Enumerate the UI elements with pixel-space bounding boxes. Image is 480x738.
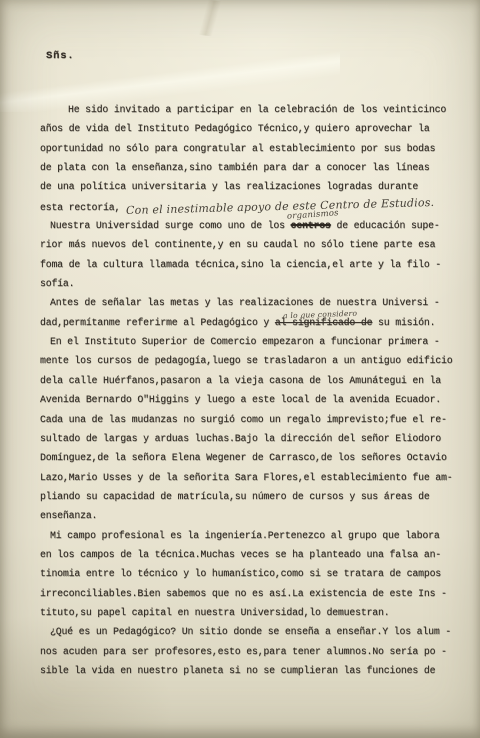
typed-text: dad,permítanme referirme al Pedagógico y bbox=[40, 317, 275, 328]
typed-line: Antes de señalar las metas y las realiza… bbox=[40, 293, 470, 312]
typed-line: tituto,su papel capital en nuestra Unive… bbox=[40, 603, 470, 622]
typed-line: irreconciliables.Bien sabemos que no es … bbox=[40, 584, 470, 603]
struck-text: centrosorganismos bbox=[291, 216, 331, 235]
typed-text: nos acuden para ser profesores,esto es,p… bbox=[40, 646, 447, 657]
typed-line: pliando su capacidad de matrícula,su núm… bbox=[40, 487, 470, 506]
typed-text: He sido invitado a participar en la cele… bbox=[68, 104, 446, 115]
document-page: Sñs. He sido invitado a participar en la… bbox=[0, 0, 480, 738]
typed-text: tituto,su papel capital en nuestra Unive… bbox=[40, 607, 389, 618]
typed-line: mente los cursos de pedagogía,luego se t… bbox=[40, 351, 470, 370]
typed-text: años de vida del Instituto Pedagógico Té… bbox=[40, 123, 430, 134]
typed-text: dela calle Huérfanos,pasaron a la vieja … bbox=[40, 375, 441, 386]
typed-line: Avenida Bernardo O"Higgins y luego a est… bbox=[40, 390, 470, 409]
typed-line: enseñanza. bbox=[40, 506, 470, 525]
typed-line: oportunidad no sólo para congratular al … bbox=[40, 139, 470, 158]
typed-text: Avenida Bernardo O"Higgins y luego a est… bbox=[40, 394, 441, 405]
typed-line: años de vida del Instituto Pedagógico Té… bbox=[40, 119, 470, 138]
typed-text: ¿Qué es un Pedagógico? Un sitio donde se… bbox=[50, 626, 451, 637]
typed-line: foma de la cultura llamada técnica,sino … bbox=[40, 255, 470, 274]
salutation-text: Sñs. bbox=[46, 50, 74, 62]
typed-text: de plata con la enseñanza,sino también p… bbox=[40, 162, 430, 173]
typed-text: sultado de largas y arduas luchas.Bajo l… bbox=[40, 433, 441, 444]
typed-text: irreconciliables.Bien sabemos que no es … bbox=[40, 588, 447, 599]
typed-text: de una política universitaria y las real… bbox=[40, 181, 418, 192]
typed-text: en los campos de la técnica.Muchas veces… bbox=[40, 549, 441, 560]
typed-text: Domínguez,de la señora Elena Wegener de … bbox=[40, 452, 447, 463]
typed-line: En el Instituto Superior de Comercio emp… bbox=[40, 332, 470, 351]
typed-line: Cada una de las mudanzas no surgió como … bbox=[40, 410, 470, 429]
typed-line: de plata con la enseñanza,sino también p… bbox=[40, 158, 470, 177]
typed-text: Cada una de las mudanzas no surgió como … bbox=[40, 414, 447, 425]
typed-text: esta rectoría, bbox=[40, 202, 120, 213]
typed-text: Nuestra Universidad surge como uno de lo… bbox=[50, 220, 291, 231]
typed-text: pliando su capacidad de matrícula,su núm… bbox=[40, 491, 430, 502]
typed-line: sible la vida en nuestro planeta si no s… bbox=[40, 661, 470, 680]
typed-line: esta rectoría,Con el inestimable apoyo d… bbox=[40, 197, 470, 216]
typed-text: Antes de señalar las metas y las realiza… bbox=[50, 297, 440, 308]
typed-text: tinomia entre lo técnico y lo humanístic… bbox=[40, 568, 441, 579]
typed-text: oportunidad no sólo para congratular al … bbox=[40, 143, 435, 154]
typed-line: tinomia entre lo técnico y lo humanístic… bbox=[40, 564, 470, 583]
typed-line: Lazo,Mario Usses y de la señorita Sara F… bbox=[40, 468, 470, 487]
paper-crease bbox=[168, 0, 252, 41]
typed-lines: He sido invitado a participar en la cele… bbox=[40, 100, 470, 680]
handwritten-correction: a lo que considero bbox=[283, 303, 358, 325]
typed-text: foma de la cultura llamada técnica,sino … bbox=[40, 259, 441, 270]
typed-text: En el Instituto Superior de Comercio emp… bbox=[50, 336, 440, 347]
typed-line: Mi campo profesional es la ingeniería.Pe… bbox=[40, 526, 470, 545]
typed-text: mente los cursos de pedagogía,luego se t… bbox=[40, 355, 453, 366]
typed-line: dela calle Huérfanos,pasaron a la vieja … bbox=[40, 371, 470, 390]
struck-text: al significado dea lo que considero bbox=[275, 313, 372, 332]
typed-line: rior más nuevos del continente,y en su c… bbox=[40, 235, 470, 254]
typed-text: Mi campo profesional es la ingeniería.Pe… bbox=[50, 530, 440, 541]
typed-line: ¿Qué es un Pedagógico? Un sitio donde se… bbox=[40, 622, 470, 641]
typed-line: nos acuden para ser profesores,esto es,p… bbox=[40, 642, 470, 661]
typed-line: Nuestra Universidad surge como uno de lo… bbox=[40, 216, 470, 235]
typed-line: dad,permítanme referirme al Pedagógico y… bbox=[40, 313, 470, 332]
typed-text: Lazo,Mario Usses y de la señorita Sara F… bbox=[40, 472, 453, 483]
typed-text: enseñanza. bbox=[40, 510, 97, 521]
typed-text: de educación supe- bbox=[331, 220, 440, 231]
typed-line: en los campos de la técnica.Muchas veces… bbox=[40, 545, 470, 564]
typed-text: su misión. bbox=[372, 317, 435, 328]
typed-line: sofía. bbox=[40, 274, 470, 293]
typed-text: rior más nuevos del continente,y en su c… bbox=[40, 239, 435, 250]
typed-text: sofía. bbox=[40, 278, 74, 289]
typed-line: He sido invitado a participar en la cele… bbox=[40, 100, 470, 119]
typed-line: sultado de largas y arduas luchas.Bajo l… bbox=[40, 429, 470, 448]
typed-line: Domínguez,de la señora Elena Wegener de … bbox=[40, 448, 470, 467]
handwritten-correction: organismos bbox=[286, 204, 339, 227]
typed-text: sible la vida en nuestro planeta si no s… bbox=[40, 665, 435, 676]
